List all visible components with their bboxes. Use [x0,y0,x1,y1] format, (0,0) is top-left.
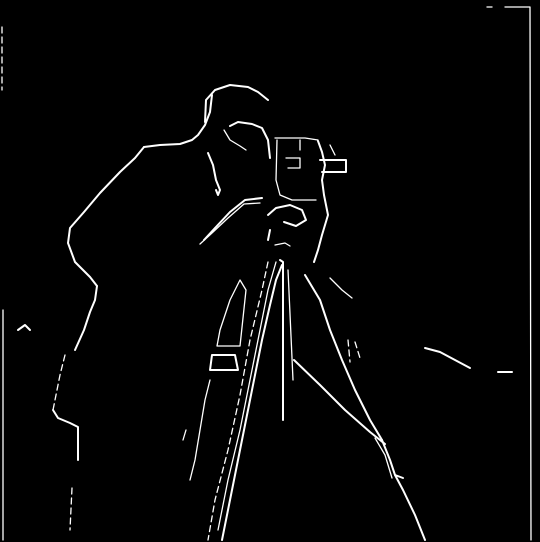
background [0,0,540,542]
edge-map-image [0,0,540,542]
